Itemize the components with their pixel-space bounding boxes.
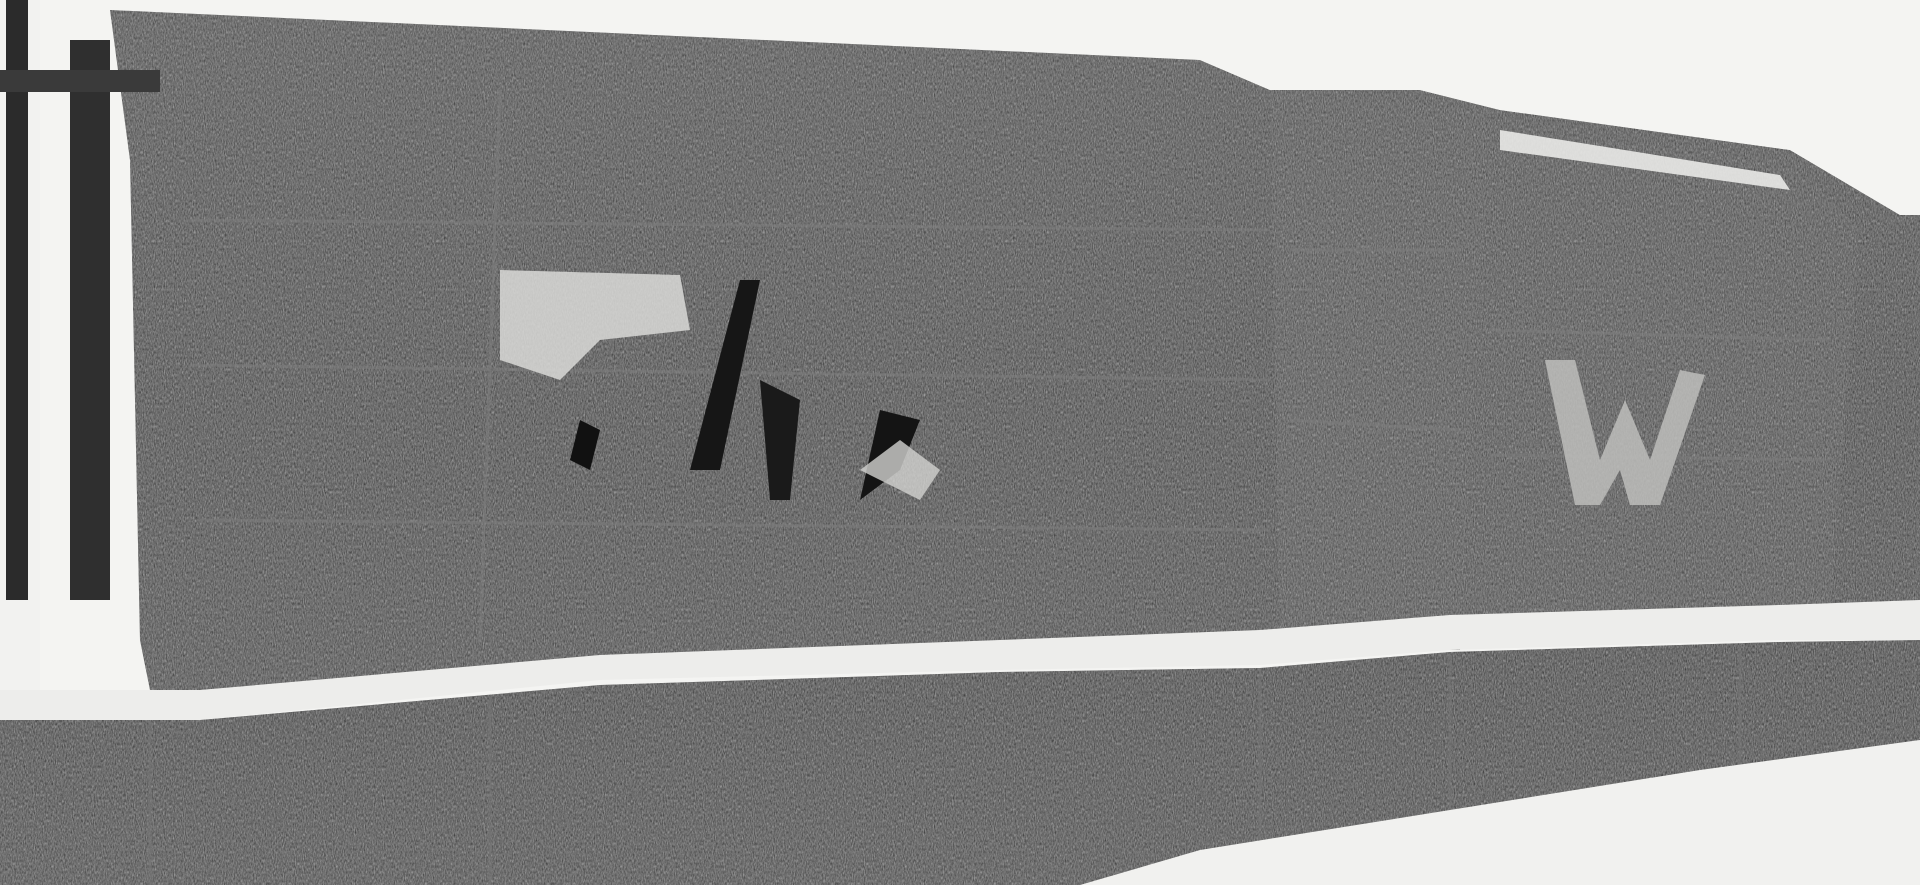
- drawing-canvas: [0, 0, 1920, 885]
- wall-drawing: [0, 0, 1920, 885]
- pilaster: [1270, 90, 1490, 650]
- right-wall-section: [1460, 120, 1860, 620]
